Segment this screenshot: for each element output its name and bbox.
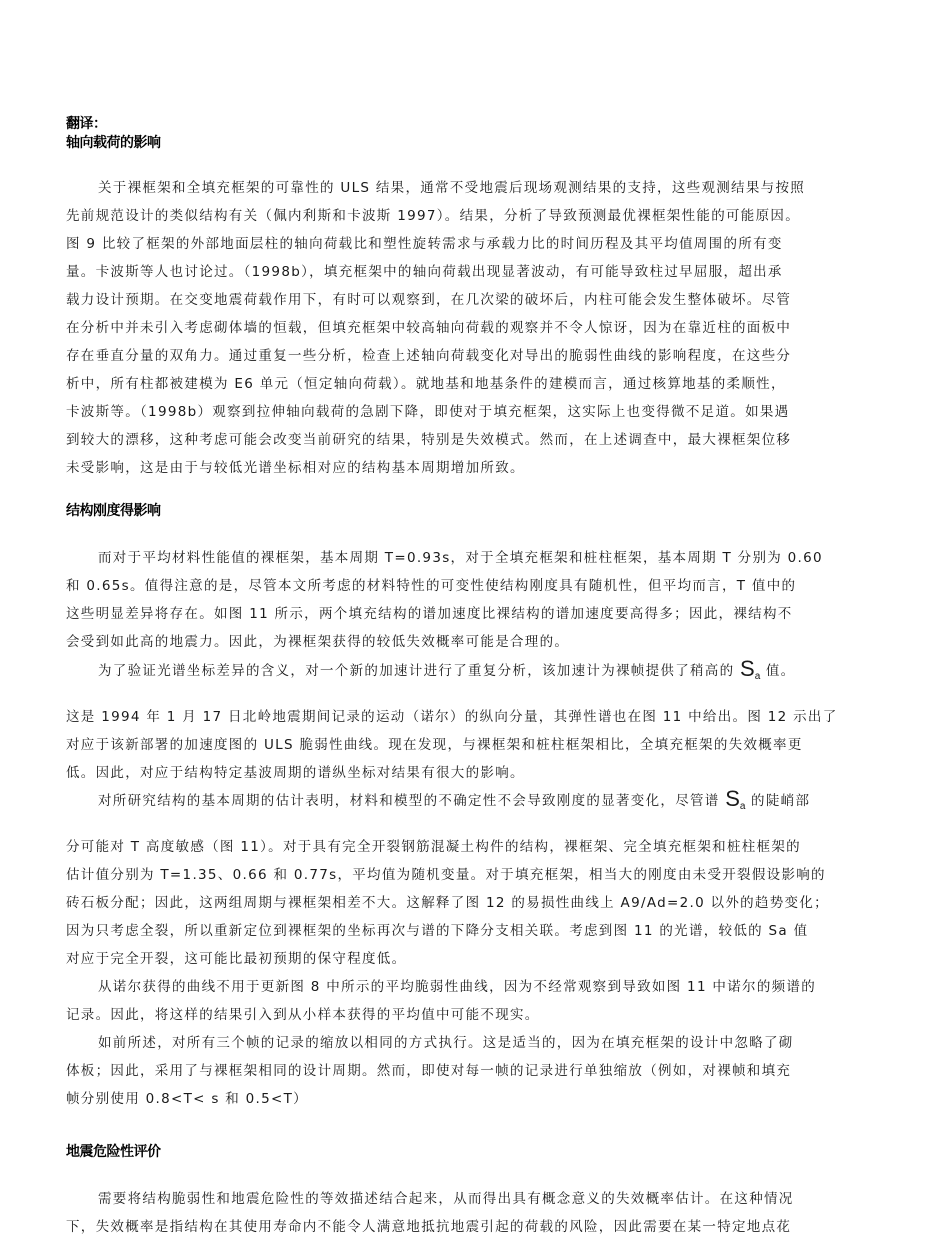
- sa-symbol: Sa: [740, 656, 760, 681]
- line-text: 为了验证光谱坐标差异的含义，对一个新的加速计进行了重复分析，该加速计为裸帧提供了…: [98, 663, 734, 679]
- paragraph-line: 体板；因此，采用了与裸框架相同的设计周期。然而，即使对每一帧的记录进行单独缩放（…: [66, 1062, 791, 1080]
- paragraph-line: 先前规范设计的类似结构有关（佩内利斯和卡波斯 1997）。结果，分析了导致预测最…: [66, 207, 800, 225]
- paragraph-line: 如前所述，对所有三个帧的记录的缩放以相同的方式执行。这是适当的，因为在填充框架的…: [98, 1034, 794, 1052]
- line-text: 对所研究结构的基本周期的估计表明，材料和模型的不确定性不会导致刚度的显著变化，尽…: [98, 793, 720, 809]
- paragraph-line: 帧分别使用 0.8<T< s 和 0.5<T）: [66, 1090, 308, 1108]
- paragraph-line: 从诺尔获得的曲线不用于更新图 8 中所示的平均脆弱性曲线，因为不经常观察到导致如…: [98, 978, 816, 996]
- paragraph-line: 在分析中并未引入考虑砌体墙的恒载，但填充框架中较高轴向荷载的观察并不令人惊讶，因…: [66, 319, 791, 337]
- paragraph-line: 分可能对 T 高度敏感（图 11）。对于具有完全开裂钢筋混凝土构件的结构，裸框架…: [66, 838, 801, 856]
- paragraph-line: 存在垂直分量的双角力。通过重复一些分析，检查上述轴向荷载变化对导出的脆弱性曲线的…: [66, 347, 791, 365]
- paragraph-line: 会受到如此高的地震力。因此，为裸框架获得的较低失效概率可能是合理的。: [66, 633, 569, 651]
- paragraph-line: 图 9 比较了框架的外部地面层柱的轴向荷载比和塑性旋转需求与承载力比的时间历程及…: [66, 235, 783, 253]
- paragraph-line: 析中，所有柱都被建模为 E6 单元（恒定轴向荷载）。就地基和地基条件的建模而言，…: [66, 375, 786, 393]
- paragraph-line: 记录。因此，将这样的结果引入到从小样本获得的平均值中可能不现实。: [66, 1006, 540, 1024]
- paragraph-line: 对应于该新部署的加速度图的 ULS 脆弱性曲线。现在发现，与裸框架和桩柱框架相比…: [66, 736, 803, 754]
- sa-symbol: Sa: [725, 786, 745, 811]
- paragraph-line: 到较大的漂移，这种考虑可能会改变当前研究的结果，特别是失效模式。然而，在上述调查…: [66, 431, 791, 449]
- paragraph-line: 估计值分别为 T=1.35、0.66 和 0.77s，平均值为随机变量。对于填充…: [66, 866, 826, 884]
- paragraph-line-with-symbol: 为了验证光谱坐标差异的含义，对一个新的加速计进行了重复分析，该加速计为裸帧提供了…: [98, 659, 795, 685]
- paragraph-line: 需要将结构脆弱性和地震危险性的等效描述结合起来，从而得出具有概念意义的失效概率估…: [98, 1190, 794, 1208]
- paragraph-line: 未受影响，这是由于与较低光谱坐标相对应的结构基本周期增加所致。: [66, 459, 525, 477]
- paragraph-line: 下，失效概率是指结构在其使用寿命内不能令人满意地抵抗地震引起的荷载的风险，因此需…: [66, 1218, 791, 1236]
- paragraph-line: 砖石板分配；因此，这两组周期与裸框架相差不大。这解释了图 12 的易损性曲线上 …: [66, 894, 829, 912]
- paragraph-line: 对应于完全开裂，这可能比最初预期的保守程度低。: [66, 950, 406, 968]
- line-text: 的陡峭部: [751, 793, 810, 809]
- paragraph-line: 因为只考虑全裂，所以重新定位到裸框架的坐标再次与谱的下降分支相关联。考虑到图 1…: [66, 922, 808, 940]
- paragraph-line: 和 0.65s。值得注意的是，尽管本文所考虑的材料特性的可变性使结构刚度具有随机…: [66, 577, 796, 595]
- paragraph-line: 载力设计预期。在交变地震荷载作用下，有时可以观察到，在几次梁的破坏后，内柱可能会…: [66, 291, 791, 309]
- paragraph-line: 卡波斯等。（1998b）观察到拉伸轴向载荷的急剧下降，即使对于填充框架，这实际上…: [66, 403, 789, 421]
- paragraph-line-with-symbol: 对所研究结构的基本周期的估计表明，材料和模型的不确定性不会导致刚度的显著变化，尽…: [98, 789, 810, 815]
- paragraph-line: 这些明显差异将存在。如图 11 所示，两个填充结构的谱加速度比裸结构的谱加速度要…: [66, 605, 793, 623]
- paragraph-line: 这是 1994 年 1 月 17 日北岭地震期间记录的运动（诺尔）的纵向分量，其…: [66, 708, 838, 726]
- section-heading-seismic-hazard: 地震危险性评价: [66, 1143, 161, 1161]
- paragraph-line: 量。卡波斯等人也讨论过。（1998b），填充框架中的轴向荷载出现显著波动，有可能…: [66, 263, 783, 281]
- paragraph-line: 低。因此，对应于结构特定基波周期的谱纵坐标对结果有很大的影响。: [66, 764, 525, 782]
- paragraph-line: 而对于平均材料性能值的裸框架，基本周期 T=0.93s，对于全填充框架和桩柱框架…: [98, 549, 823, 567]
- section-heading-axial-load: 轴向载荷的影响: [66, 134, 161, 152]
- translation-label: 翻译：: [66, 115, 107, 133]
- paragraph-line: 关于裸框架和全填充框架的可靠性的 ULS 结果，通常不受地震后现场观测结果的支持…: [98, 179, 805, 197]
- line-text: 值。: [766, 663, 796, 679]
- section-heading-stiffness: 结构刚度得影响: [66, 502, 161, 520]
